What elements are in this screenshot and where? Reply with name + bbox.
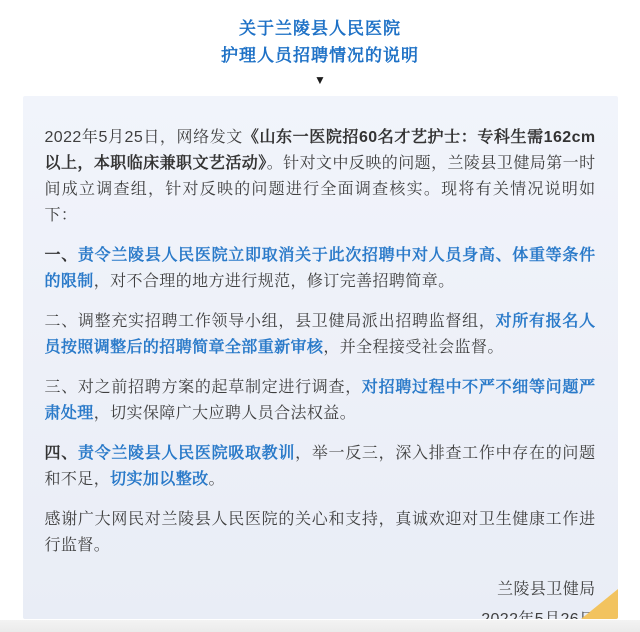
signature-block: 兰陵县卫健局 2022年5月26日: [45, 575, 596, 619]
announcement-body: 2022年5月25日，网络发文《山东一医院招60名才艺护士：专科生需162cm以…: [45, 125, 596, 559]
bottom-strip: [0, 620, 640, 632]
page-title-line-1: 关于兰陵县人民医院: [0, 15, 640, 42]
paragraph: 一、责令兰陵县人民医院立即取消关于此次招聘中对人员身高、体重等条件的限制，对不合…: [45, 243, 596, 295]
text-segment: 二、调整充实招聘工作领导小组，县卫健局派出招聘监督组，: [45, 313, 496, 330]
announcement-page: 关于兰陵县人民医院 护理人员招聘情况的说明 ▼ 2022年5月25日，网络发文《…: [0, 0, 640, 632]
text-segment: ，对不合理的地方进行规范，修订完善招聘简章。: [94, 273, 455, 290]
text-segment: ，切实保障广大应聘人员合法权益。: [94, 405, 356, 422]
text-segment: 。: [209, 471, 225, 488]
signature-org: 兰陵县卫健局: [45, 575, 596, 605]
paragraph: 三、对之前招聘方案的起草制定进行调查，对招聘过程中不严不细等问题严肃处理，切实保…: [45, 375, 596, 427]
paragraph: 2022年5月25日，网络发文《山东一医院招60名才艺护士：专科生需162cm以…: [45, 125, 596, 229]
paragraph: 感谢广大网民对兰陵县人民医院的关心和支持，真诚欢迎对卫生健康工作进行监督。: [45, 507, 596, 559]
signature-date: 2022年5月26日: [45, 605, 596, 619]
text-segment: ，并全程接受社会监督。: [323, 339, 503, 356]
page-title-line-2: 护理人员招聘情况的说明: [0, 42, 640, 69]
text-segment: 一、: [45, 247, 78, 264]
triangle-down-icon: ▼: [0, 73, 640, 87]
text-segment: 四、: [45, 445, 78, 462]
text-segment: 责令兰陵县人民医院吸取教训: [78, 445, 295, 462]
paragraph: 四、责令兰陵县人民医院吸取教训，举一反三，深入排查工作中存在的问题和不足，切实加…: [45, 441, 596, 493]
text-segment: 切实加以整改: [110, 471, 208, 488]
text-segment: 三、对之前招聘方案的起草制定进行调查，: [45, 379, 362, 396]
paragraph: 二、调整充实招聘工作领导小组，县卫健局派出招聘监督组，对所有报名人员按照调整后的…: [45, 309, 596, 361]
page-header: 关于兰陵县人民医院 护理人员招聘情况的说明: [0, 0, 640, 69]
announcement-card: 2022年5月25日，网络发文《山东一医院招60名才艺护士：专科生需162cm以…: [23, 96, 618, 619]
text-segment: 2022年5月25日，网络发文: [45, 129, 243, 146]
corner-fold-decoration: [581, 589, 618, 619]
text-segment: 感谢广大网民对兰陵县人民医院的关心和支持，真诚欢迎对卫生健康工作进行监督。: [45, 511, 596, 554]
